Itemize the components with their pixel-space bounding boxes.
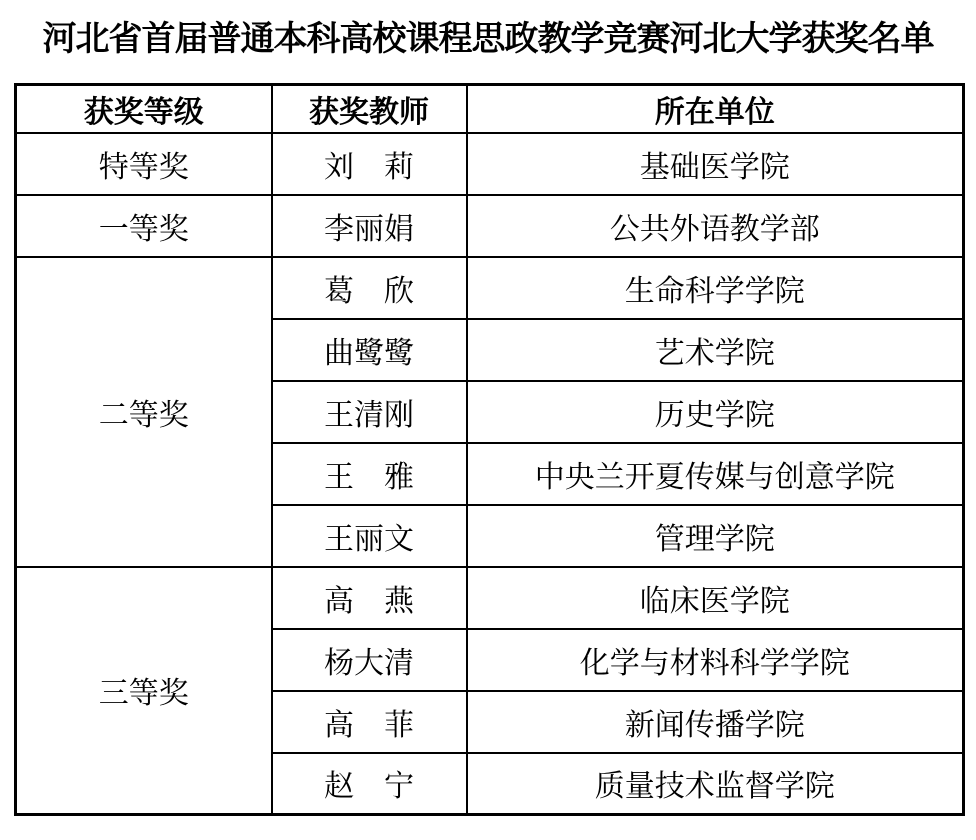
teacher-cell: 李丽娟 <box>272 195 467 257</box>
teacher-cell: 杨大清 <box>272 629 467 691</box>
table-row: 二等奖 葛 欣 生命科学学院 <box>16 257 964 319</box>
header-award-level: 获奖等级 <box>16 85 272 133</box>
unit-cell: 管理学院 <box>467 505 964 567</box>
teacher-cell: 赵 宁 <box>272 753 467 815</box>
teacher-cell: 葛 欣 <box>272 257 467 319</box>
table-header-row: 获奖等级 获奖教师 所在单位 <box>16 85 964 133</box>
award-level-cell: 一等奖 <box>16 195 272 257</box>
teacher-cell: 曲鹭鹭 <box>272 319 467 381</box>
unit-cell: 新闻传播学院 <box>467 691 964 753</box>
table-row: 三等奖 高 燕 临床医学院 <box>16 567 964 629</box>
unit-cell: 基础医学院 <box>467 133 964 195</box>
unit-cell: 历史学院 <box>467 381 964 443</box>
unit-cell: 化学与材料科学学院 <box>467 629 964 691</box>
award-level-cell: 二等奖 <box>16 257 272 567</box>
header-teacher: 获奖教师 <box>272 85 467 133</box>
page-title: 河北省首届普通本科高校课程思政教学竞赛河北大学获奖名单 <box>0 16 976 62</box>
award-level-cell: 三等奖 <box>16 567 272 815</box>
teacher-cell: 王 雅 <box>272 443 467 505</box>
award-level-cell: 特等奖 <box>16 133 272 195</box>
unit-cell: 艺术学院 <box>467 319 964 381</box>
unit-cell: 临床医学院 <box>467 567 964 629</box>
unit-cell: 生命科学学院 <box>467 257 964 319</box>
award-table: 获奖等级 获奖教师 所在单位 特等奖 刘 莉 基础医学院 一等奖 李丽娟 公共外… <box>14 83 965 816</box>
teacher-cell: 高 燕 <box>272 567 467 629</box>
header-unit: 所在单位 <box>467 85 964 133</box>
unit-cell: 质量技术监督学院 <box>467 753 964 815</box>
table-row: 一等奖 李丽娟 公共外语教学部 <box>16 195 964 257</box>
unit-cell: 公共外语教学部 <box>467 195 964 257</box>
teacher-cell: 王清刚 <box>272 381 467 443</box>
teacher-cell: 刘 莉 <box>272 133 467 195</box>
teacher-cell: 王丽文 <box>272 505 467 567</box>
unit-cell: 中央兰开夏传媒与创意学院 <box>467 443 964 505</box>
teacher-cell: 高 菲 <box>272 691 467 753</box>
table-row: 特等奖 刘 莉 基础医学院 <box>16 133 964 195</box>
